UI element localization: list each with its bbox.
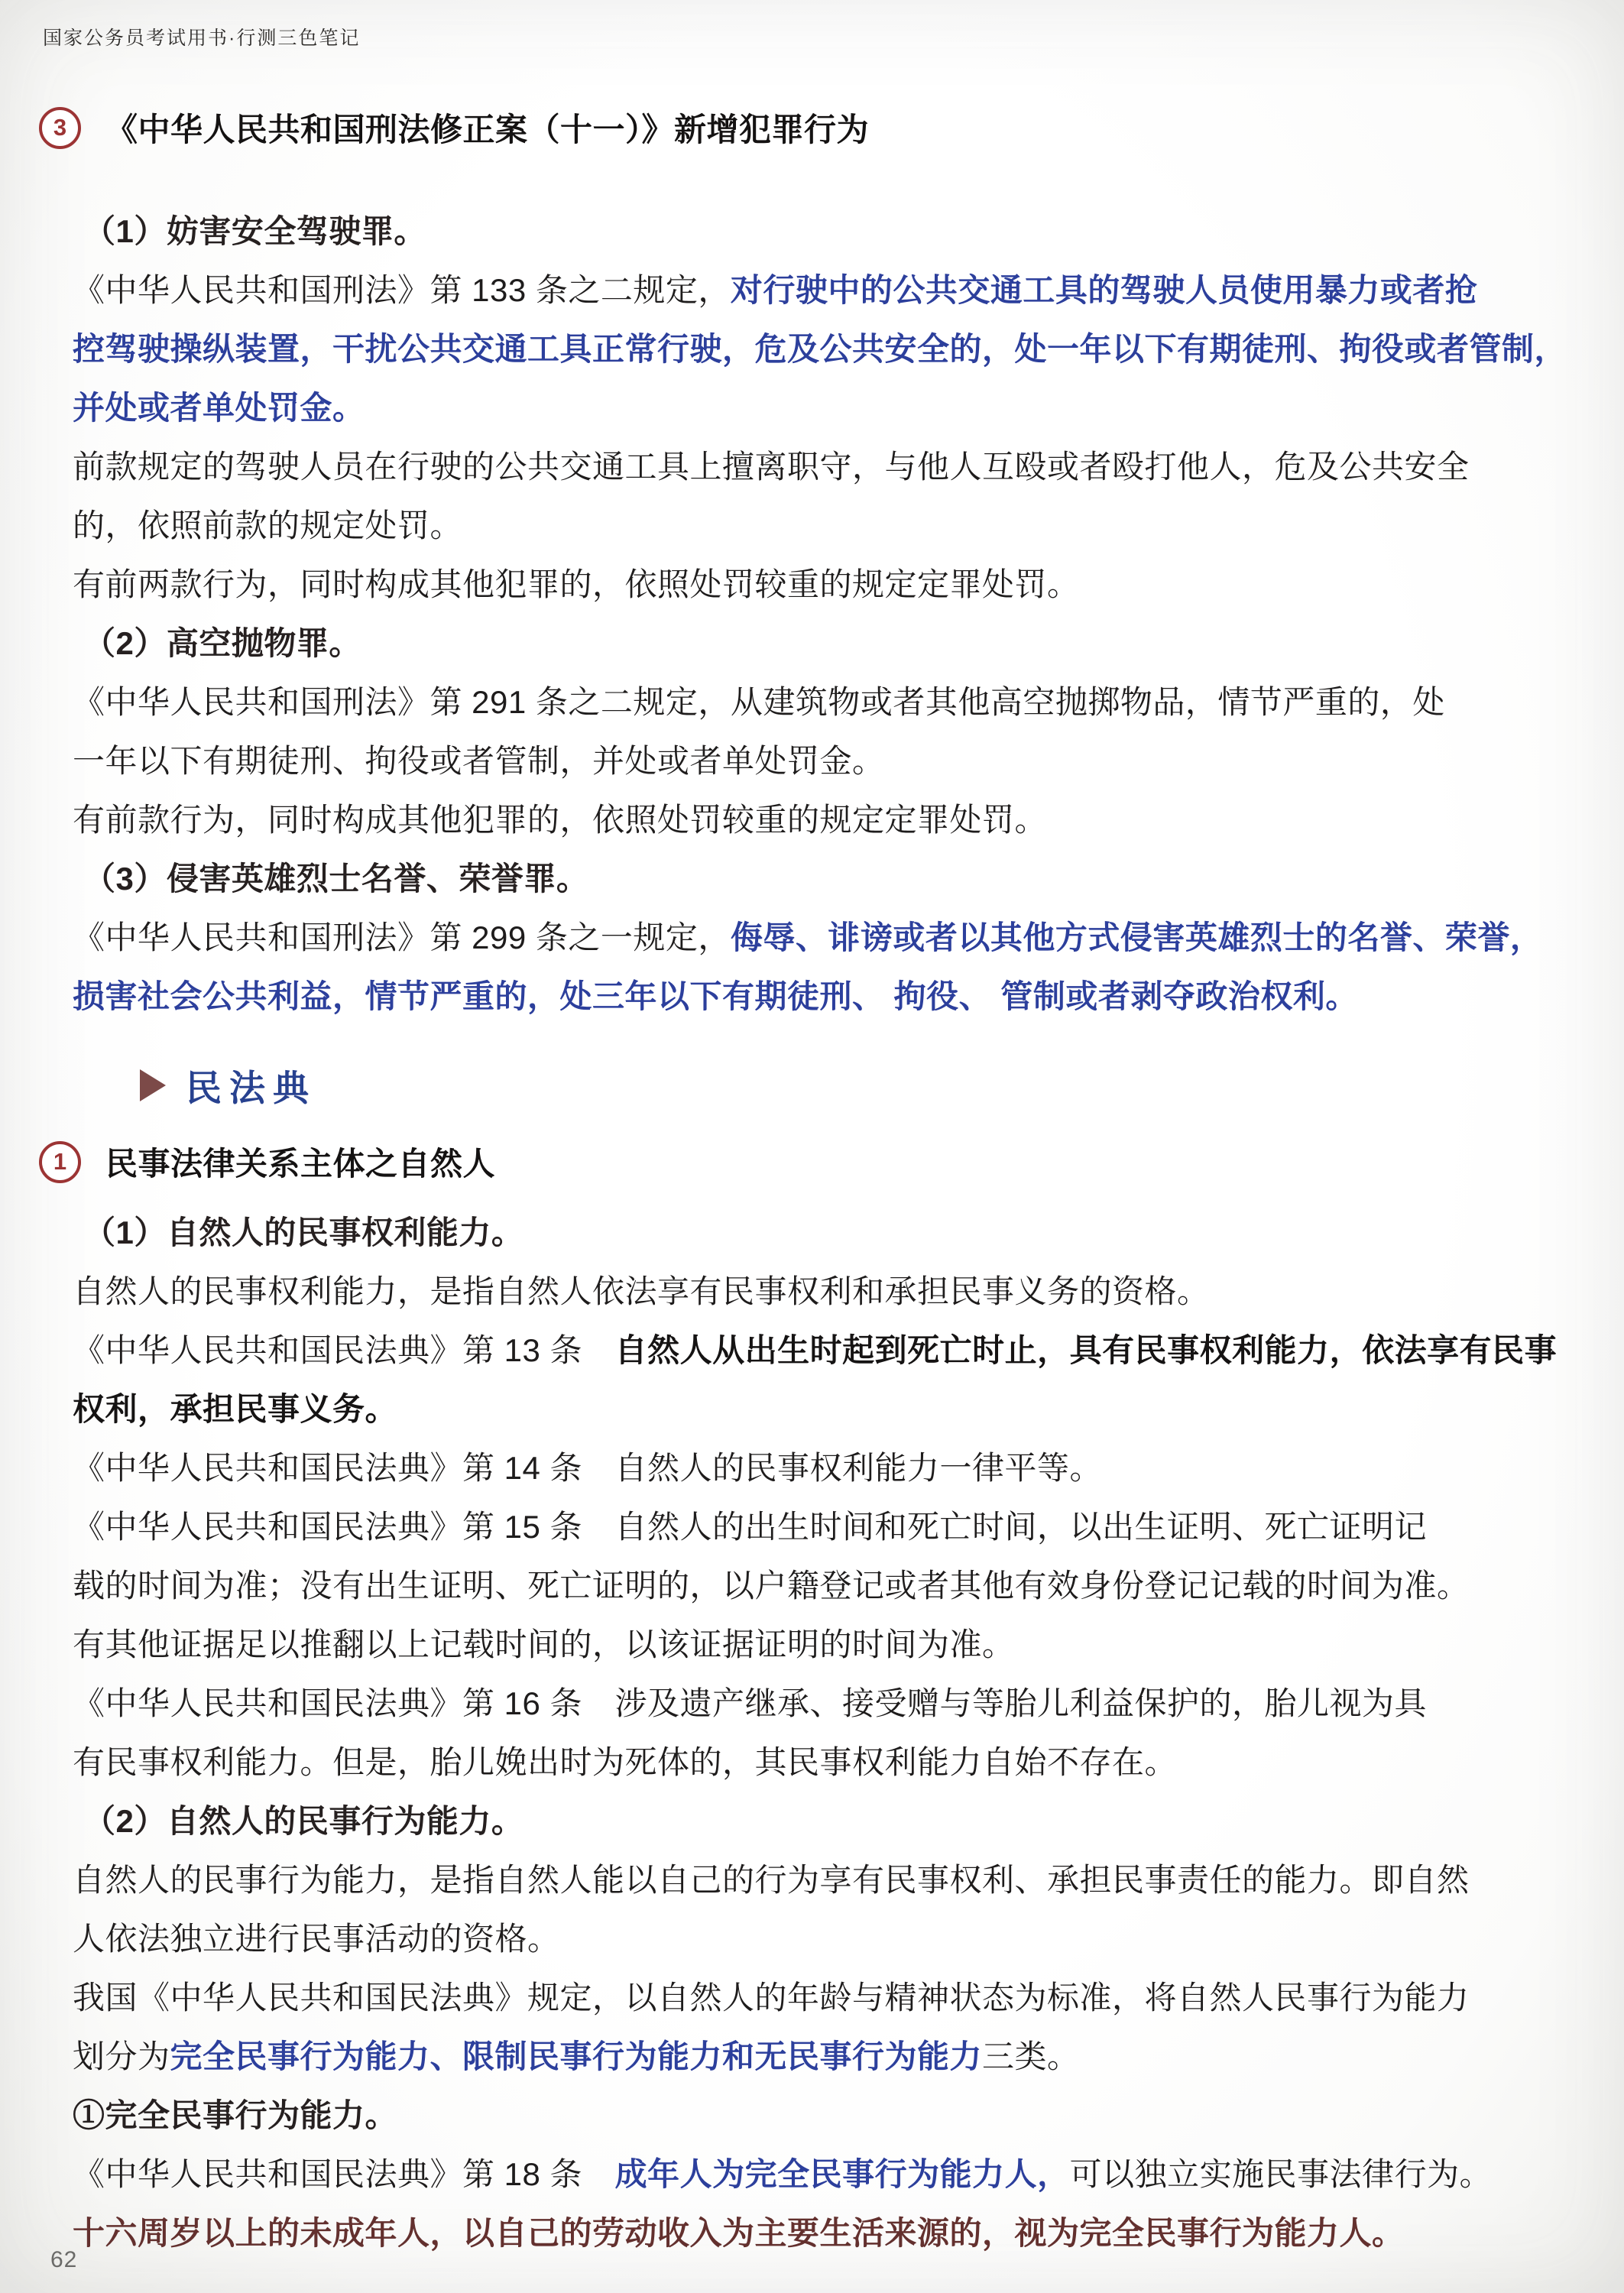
text-run: 自然人的民事行为能力，是指自然人能以自己的行为享有民事权利、承担民事责任的能力。…: [73, 1862, 1470, 1898]
text-line: 有其他证据足以推翻以上记载时间的，以该证据证明的时间为准。: [73, 1615, 1571, 1674]
text-run: 《中华人民共和国民法典》第 14 条 自然人的民事权利能力一律平等。: [73, 1450, 1102, 1486]
sub-heading: （2）自然人的民事行为能力。: [73, 1792, 1571, 1850]
text-line: 《中华人民共和国民法典》第 18 条 成年人为完全民事行为能力人，可以独立实施民…: [73, 2145, 1571, 2204]
text-run: 《中华人民共和国民法典》第 13 条: [73, 1332, 615, 1368]
text-run: 自然人的民事权利能力，是指自然人依法享有民事权利和承担民事义务的资格。: [73, 1273, 1210, 1309]
text-run: 《中华人民共和国民法典》第 15 条 自然人的出生时间和死亡时间，以出生证明、死…: [73, 1509, 1427, 1545]
text-line: 《中华人民共和国民法典》第 15 条 自然人的出生时间和死亡时间，以出生证明、死…: [73, 1497, 1571, 1556]
text-run: 自然人从出生时起到死亡时止，具有民事权利能力，依法享有民事: [615, 1332, 1558, 1368]
text-run: 人依法独立进行民事活动的资格。: [73, 1921, 560, 1957]
text-run: 成年人为完全民事行为能力人，: [615, 2156, 1070, 2192]
text-run: 《中华人民共和国民法典》第 18 条: [73, 2156, 615, 2192]
text-run: 侮辱、诽谤或者以其他方式侵害英雄烈士的名誉、荣誉，: [731, 919, 1543, 955]
text-run: 我国《中华人民共和国民法典》规定，以自然人的年龄与精神状态为标准，将自然人民事行…: [73, 1980, 1470, 2016]
text-line: 《中华人民共和国民法典》第 16 条 涉及遗产继承、接受赠与等胎儿利益保护的，胎…: [73, 1674, 1571, 1733]
text-run: 并处或者单处罚金。: [73, 390, 365, 426]
running-header: 国家公务员考试用书·行测三色笔记: [43, 23, 360, 50]
sub-heading: （1）妨害安全驾驶罪。: [73, 202, 1571, 261]
text-line: 一年以下有期徒刑、拘役或者管制，并处或者单处罚金。: [73, 731, 1571, 790]
text-run: 载的时间为准；没有出生证明、死亡证明的，以户籍登记或者其他有效身份登记记载的时间…: [73, 1568, 1470, 1604]
chapter-heading-title: 民法典: [186, 1060, 316, 1111]
text-run: 损害社会公共利益，情节严重的，处三年以下有期徒刑、 拘役、 管制或者剥夺政治权利…: [73, 978, 1358, 1014]
sub-heading: （2）高空抛物罪。: [73, 614, 1571, 673]
text-line: 有前两款行为，同时构成其他犯罪的，依照处罚较重的规定定罪处罚。: [73, 555, 1571, 614]
text-line: 权利，承担民事义务。: [73, 1380, 1571, 1438]
circled-number-badge: 1: [39, 1141, 81, 1183]
text-run: 划分为: [73, 2038, 170, 2074]
text-line: 我国《中华人民共和国民法典》规定，以自然人的年龄与精神状态为标准，将自然人民事行…: [73, 1968, 1571, 2027]
text-run: 三类。: [982, 2038, 1080, 2074]
page-content: 3《中华人民共和国刑法修正案（十一）》新增犯罪行为（1）妨害安全驾驶罪。《中华人…: [73, 67, 1571, 2262]
page-number: 62: [50, 2247, 77, 2273]
text-line: 有民事权利能力。但是，胎儿娩出时为死体的，其民事权利能力自始不存在。: [73, 1733, 1571, 1792]
text-run: 完全民事行为能力、限制民事行为能力和无民事行为能力: [170, 2038, 983, 2074]
text-run: 前款规定的驾驶人员在行驶的公共交通工具上擅离职守，与他人互殴或者殴打他人，危及公…: [73, 449, 1470, 485]
text-line: 控驾驶操纵装置，干扰公共交通工具正常行驶，危及公共安全的，处一年以下有期徒刑、拘…: [73, 319, 1571, 378]
text-run: 有民事权利能力。但是，胎儿娩出时为死体的，其民事权利能力自始不存在。: [73, 1744, 1177, 1780]
text-run: 有前两款行为，同时构成其他犯罪的，依照处罚较重的规定定罪处罚。: [73, 566, 1080, 602]
text-line: 损害社会公共利益，情节严重的，处三年以下有期徒刑、 拘役、 管制或者剥夺政治权利…: [73, 967, 1571, 1026]
sub-heading: （3）侵害英雄烈士名誉、荣誉罪。: [73, 849, 1571, 908]
sub-heading: ①完全民事行为能力。: [73, 2086, 1571, 2145]
text-run: 十六周岁以上的未成年人，以自己的劳动收入为主要生活来源的，视为完全民事行为能力人…: [73, 2215, 1405, 2251]
text-run: 对行驶中的公共交通工具的驾驶人员使用暴力或者抢: [731, 272, 1478, 308]
text-line: 自然人的民事权利能力，是指自然人依法享有民事权利和承担民事义务的资格。: [73, 1262, 1571, 1321]
text-line: 《中华人民共和国民法典》第 14 条 自然人的民事权利能力一律平等。: [73, 1438, 1571, 1497]
section-heading-title: 《中华人民共和国刑法修正案（十一）》新增犯罪行为: [105, 105, 869, 151]
text-run: 的，依照前款的规定处罚。: [73, 508, 462, 543]
sub-heading: （1）自然人的民事权利能力。: [73, 1203, 1571, 1262]
circled-number-badge: 3: [39, 107, 81, 149]
text-line: 的，依照前款的规定处罚。: [73, 496, 1571, 555]
text-run: 有其他证据足以推翻以上记载时间的，以该证据证明的时间为准。: [73, 1627, 1015, 1662]
scanned-book-page: 国家公务员考试用书·行测三色笔记 3《中华人民共和国刑法修正案（十一）》新增犯罪…: [0, 0, 1624, 2293]
text-run: 《中华人民共和国刑法》第 291 条之二规定，从建筑物或者其他高空抛掷物品，情节…: [73, 684, 1445, 720]
text-line: 《中华人民共和国刑法》第 291 条之二规定，从建筑物或者其他高空抛掷物品，情节…: [73, 673, 1571, 731]
section-heading-title: 民事法律关系主体之自然人: [105, 1139, 495, 1185]
text-line: 自然人的民事行为能力，是指自然人能以自己的行为享有民事权利、承担民事责任的能力。…: [73, 1850, 1571, 1909]
text-run: 控驾驶操纵装置，干扰公共交通工具正常行驶，危及公共安全的，处一年以下有期徒刑、拘…: [73, 331, 1567, 367]
text-line: 《中华人民共和国民法典》第 13 条 自然人从出生时起到死亡时止，具有民事权利能…: [73, 1321, 1571, 1380]
text-run: 可以独立实施民事法律行为。: [1070, 2156, 1493, 2192]
text-line: 十六周岁以上的未成年人，以自己的劳动收入为主要生活来源的，视为完全民事行为能力人…: [73, 2204, 1571, 2262]
text-run: 《中华人民共和国民法典》第 16 条 涉及遗产继承、接受赠与等胎儿利益保护的，胎…: [73, 1685, 1427, 1721]
text-line: 并处或者单处罚金。: [73, 378, 1571, 437]
text-line: 《中华人民共和国刑法》第 299 条之一规定，侮辱、诽谤或者以其他方式侵害英雄烈…: [73, 908, 1571, 967]
text-line: 人依法独立进行民事活动的资格。: [73, 1909, 1571, 1968]
triangle-right-icon: [140, 1069, 166, 1101]
text-run: 有前款行为，同时构成其他犯罪的，依照处罚较重的规定定罪处罚。: [73, 802, 1047, 838]
text-line: 《中华人民共和国刑法》第 133 条之二规定，对行驶中的公共交通工具的驾驶人员使…: [73, 261, 1571, 319]
text-line: 有前款行为，同时构成其他犯罪的，依照处罚较重的规定定罪处罚。: [73, 790, 1571, 849]
text-run: 《中华人民共和国刑法》第 133 条之二规定，: [73, 272, 731, 308]
chapter-heading: 民法典: [140, 1050, 1571, 1121]
section-heading: 3《中华人民共和国刑法修正案（十一）》新增犯罪行为: [39, 95, 1571, 161]
text-line: 载的时间为准；没有出生证明、死亡证明的，以户籍登记或者其他有效身份登记记载的时间…: [73, 1556, 1571, 1615]
text-run: 权利，承担民事义务。: [73, 1391, 397, 1427]
text-run: 一年以下有期徒刑、拘役或者管制，并处或者单处罚金。: [73, 743, 885, 779]
text-run: 《中华人民共和国刑法》第 299 条之一规定，: [73, 919, 731, 955]
section-heading: 1民事法律关系主体之自然人: [39, 1128, 1571, 1195]
text-line: 前款规定的驾驶人员在行驶的公共交通工具上擅离职守，与他人互殴或者殴打他人，危及公…: [73, 437, 1571, 496]
text-line: 划分为完全民事行为能力、限制民事行为能力和无民事行为能力三类。: [73, 2027, 1571, 2086]
